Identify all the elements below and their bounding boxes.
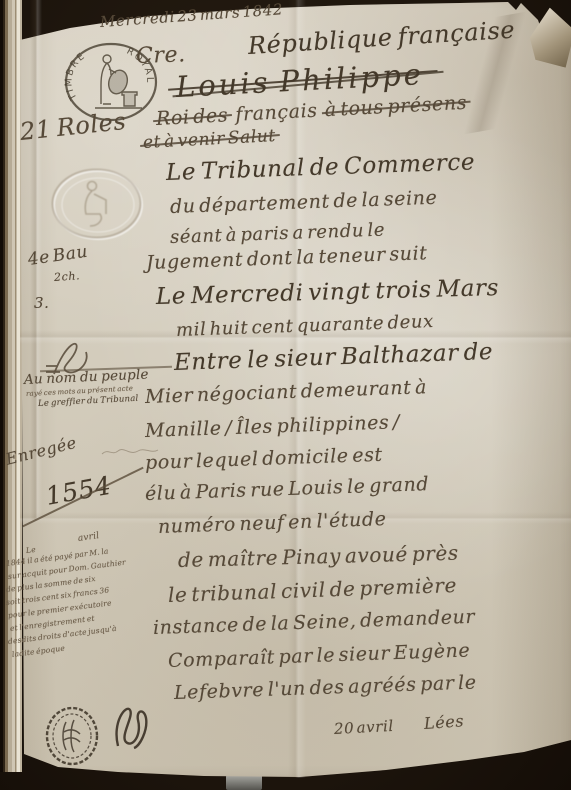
struck-roi-des: Roi des	[155, 104, 228, 130]
embossed-seal-icon	[48, 166, 148, 248]
stand-clamp	[226, 775, 262, 790]
margin-numero: 3.	[34, 294, 50, 312]
stamp-figure-icon	[63, 720, 80, 752]
footer-date: 20 avril	[334, 717, 395, 738]
footer-paraphe-text: Lées	[423, 711, 464, 733]
seated-figure-icon	[85, 182, 106, 227]
document-photo: TIMBRE ROYAL	[0, 0, 571, 790]
handwritten-cre: Cre.	[136, 42, 187, 69]
standing-figure-icon	[95, 55, 142, 108]
margin-chambre: 2ch.	[54, 269, 81, 284]
word-francais: français	[235, 100, 318, 126]
oval-stamp-icon	[44, 706, 100, 770]
margin-note-line: Le	[25, 545, 36, 555]
signature-paraph-icon	[110, 700, 152, 758]
